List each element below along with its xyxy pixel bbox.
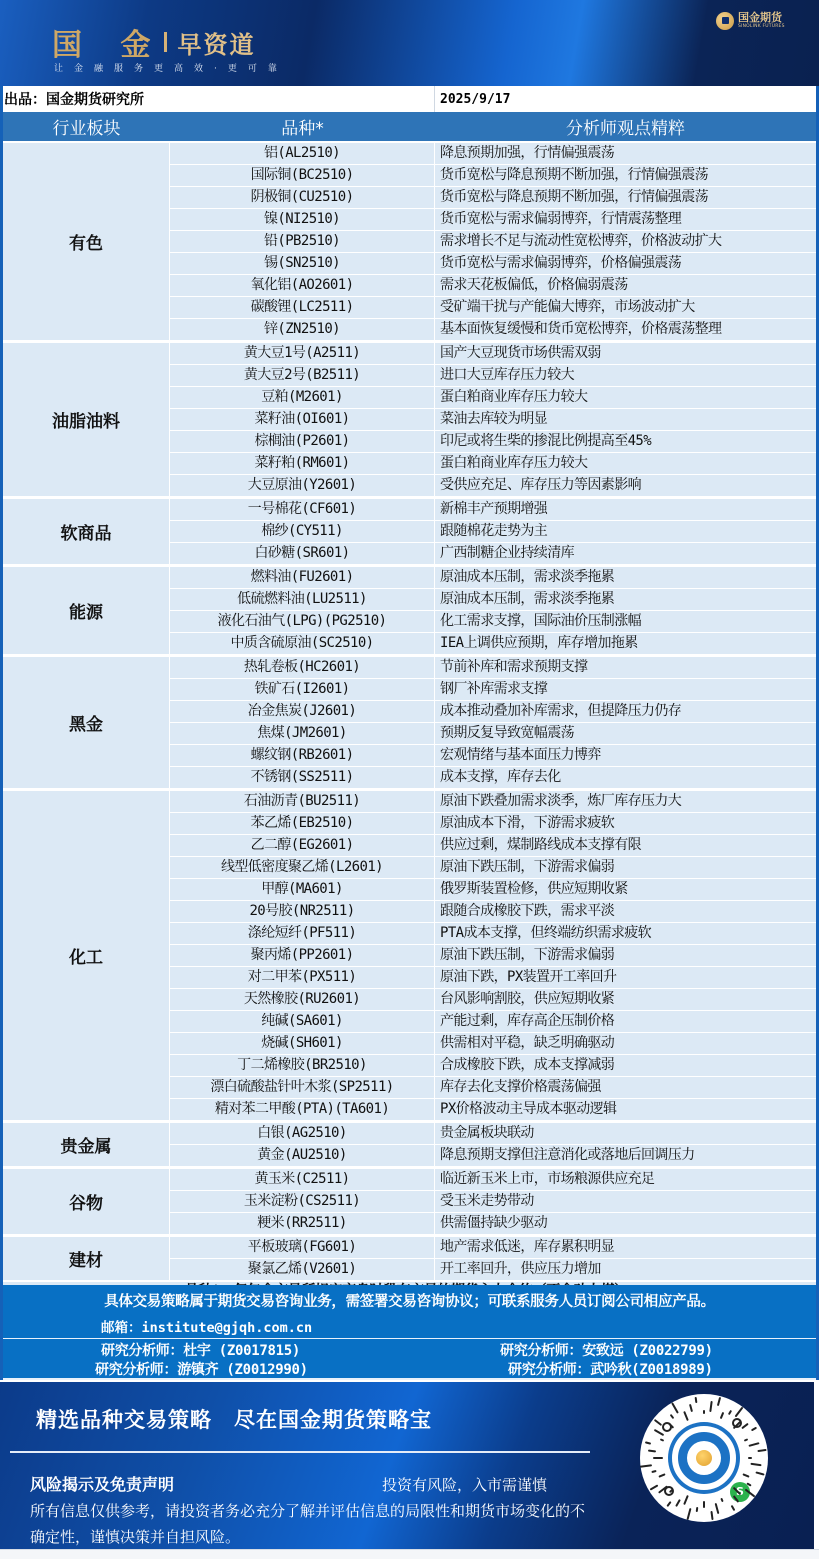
variety-cell: 甲醇(MA601) <box>170 879 435 900</box>
variety-cell: 中质含硫原油(SC2510) <box>170 633 435 654</box>
publisher: 出品：国金期货研究所 <box>3 86 435 112</box>
variety-cell: 黄金(AU2510) <box>170 1145 435 1166</box>
table-row: 线型低密度聚乙烯(L2601)原油下跌压制，下游需求偏弱 <box>170 856 816 878</box>
sector-group: 能源燃料油(FU2601)原油成本压制，需求淡季拖累低硫燃料油(LU2511)原… <box>3 564 816 654</box>
view-cell: 供应过剩，煤制路线成本支撑有限 <box>435 835 816 856</box>
variety-cell: 纯碱(SA601) <box>170 1011 435 1032</box>
view-cell: 货币宽松与降息预期不断加强，行情偏强震荡 <box>435 187 816 208</box>
variety-cell: 乙二醇(EG2601) <box>170 835 435 856</box>
analyst-2: 研究分析师：安致远 (Z0022799) <box>500 1340 713 1360</box>
brand-divider <box>164 32 167 52</box>
variety-cell: 氧化铝(AO2601) <box>170 275 435 296</box>
view-cell: 货币宽松与需求偏弱博弈，行情震荡整理 <box>435 209 816 230</box>
promo-headline: 精选品种交易策略 尽在国金期货策略宝 <box>36 1404 432 1434</box>
variety-cell: 20号胶(NR2511) <box>170 901 435 922</box>
table-row: 黄玉米(C2511)临近新玉米上市，市场粮源供应充足 <box>170 1169 816 1190</box>
view-cell: 成本推动叠加补库需求，但提降压力仍存 <box>435 701 816 722</box>
view-cell: 台风影响割胶，供应短期收紧 <box>435 989 816 1010</box>
table-row: 菜籽粕(RM601)蛋白粕商业库存压力较大 <box>170 452 816 474</box>
view-cell: 库存去化支撑价格震荡偏强 <box>435 1077 816 1098</box>
variety-cell: 一号棉花(CF601) <box>170 499 435 520</box>
variety-cell: 冶金焦炭(J2601) <box>170 701 435 722</box>
view-cell: 节前补库和需求预期支撑 <box>435 657 816 678</box>
view-cell: 受供应充足、库存压力等因素影响 <box>435 475 816 496</box>
variety-cell: 白银(AG2510) <box>170 1123 435 1144</box>
table-row: 锌(ZN2510)基本面恢复缓慢和货币宽松博弈，价格震荡整理 <box>170 318 816 340</box>
sector-group: 油脂油料黄大豆1号(A2511)国产大豆现货市场供需双弱黄大豆2号(B2511)… <box>3 340 816 496</box>
table-row: 国际铜(BC2510)货币宽松与降息预期不断加强，行情偏强震荡 <box>170 164 816 186</box>
variety-cell: 黄大豆2号(B2511) <box>170 365 435 386</box>
table-row: 20号胶(NR2511)跟随合成橡胶下跌，需求平淡 <box>170 900 816 922</box>
variety-cell: 棉纱(CY511) <box>170 521 435 542</box>
view-cell: 钢厂补库需求支撑 <box>435 679 816 700</box>
table-row: 棉纱(CY511)跟随棉花走势为主 <box>170 520 816 542</box>
view-cell: 货币宽松与需求偏弱博弈，价格偏强震荡 <box>435 253 816 274</box>
table-row: 一号棉花(CF601)新棉丰产预期增强 <box>170 499 816 520</box>
mini-program-qr-code[interactable]: S <box>640 1394 768 1522</box>
table-row: 氧化铝(AO2601)需求天花板偏低，价格偏弱震荡 <box>170 274 816 296</box>
view-cell: 地产需求低迷，库存累积明显 <box>435 1237 816 1258</box>
table-row: 棕榈油(P2601)印尼或将生柴的掺混比例提高至45% <box>170 430 816 452</box>
variety-cell: 锌(ZN2510) <box>170 319 435 340</box>
table-row: 黄大豆1号(A2511)国产大豆现货市场供需双弱 <box>170 343 816 364</box>
sector-cell: 贵金属 <box>3 1123 170 1166</box>
footer-bottom-divider <box>3 1378 816 1380</box>
table-row: 涤纶短纤(PF511)PTA成本支撑，但终端纺织需求疲软 <box>170 922 816 944</box>
table-row: 阴极铜(CU2510)货币宽松与降息预期不断加强，行情偏强震荡 <box>170 186 816 208</box>
table-row: 菜籽油(OI601)菜油去库较为明显 <box>170 408 816 430</box>
table-row: 石油沥青(BU2511)原油下跌叠加需求淡季，炼厂库存压力大 <box>170 791 816 812</box>
brand-title: 早资道 <box>177 25 255 60</box>
variety-cell: 国际铜(BC2510) <box>170 165 435 186</box>
brand-logo: 国 金 早资道 <box>52 20 255 64</box>
table-row: 白砂糖(SR601)广西制糖企业持续清库 <box>170 542 816 564</box>
view-cell: 供需相对平稳，缺乏明确驱动 <box>435 1033 816 1054</box>
variety-cell: 不锈钢(SS2511) <box>170 767 435 788</box>
table-row: 豆粕(M2601)蛋白粕商业库存压力较大 <box>170 386 816 408</box>
table-row: 铁矿石(I2601)钢厂补库需求支撑 <box>170 678 816 700</box>
variety-cell: 白砂糖(SR601) <box>170 543 435 564</box>
table-row: 黄大豆2号(B2511)进口大豆库存压力较大 <box>170 364 816 386</box>
column-header-variety: 品种* <box>170 114 435 139</box>
view-cell: 蛋白粕商业库存压力较大 <box>435 453 816 474</box>
view-cell: 需求增长不足与流动性宽松博弈，价格波动扩大 <box>435 231 816 252</box>
variety-cell: 镍(NI2510) <box>170 209 435 230</box>
table-row: 燃料油(FU2601)原油成本压制，需求淡季拖累 <box>170 567 816 588</box>
view-cell: 受矿端干扰与产能偏大博弈，市场波动扩大 <box>435 297 816 318</box>
view-cell: 受玉米走势带动 <box>435 1191 816 1212</box>
table-row: 乙二醇(EG2601)供应过剩，煤制路线成本支撑有限 <box>170 834 816 856</box>
sector-group: 谷物黄玉米(C2511)临近新玉米上市，市场粮源供应充足玉米淀粉(CS2511)… <box>3 1166 816 1234</box>
table-row: 漂白硫酸盐针叶木浆(SP2511)库存去化支撑价格震荡偏强 <box>170 1076 816 1098</box>
table-row: 液化石油气(LPG)(PG2510)化工需求支撑，国际油价压制涨幅 <box>170 610 816 632</box>
variety-cell: 苯乙烯(EB2510) <box>170 813 435 834</box>
sector-cell: 谷物 <box>3 1169 170 1234</box>
variety-cell: 烧碱(SH601) <box>170 1033 435 1054</box>
view-cell: 原油下跌压制，下游需求偏弱 <box>435 857 816 878</box>
table-row: 粳米(RR2511)供需僵持缺少驱动 <box>170 1212 816 1234</box>
table-row: 精对苯二甲酸(PTA)(TA601)PX价格波动主导成本驱动逻辑 <box>170 1098 816 1120</box>
view-cell: 印尼或将生柴的掺混比例提高至45% <box>435 431 816 452</box>
table-row: 纯碱(SA601)产能过剩，库存高企压制价格 <box>170 1010 816 1032</box>
table-row: 焦煤(JM2601)预期反复导致宽幅震荡 <box>170 722 816 744</box>
variety-cell: 焦煤(JM2601) <box>170 723 435 744</box>
variety-cell: 大豆原油(Y2601) <box>170 475 435 496</box>
sector-cell: 建材 <box>3 1237 170 1280</box>
view-cell: 原油下跌叠加需求淡季，炼厂库存压力大 <box>435 791 816 812</box>
view-cell: 原油成本压制，需求淡季拖累 <box>435 589 816 610</box>
slogan: 让金融服务更高效·更可靠 <box>54 61 288 74</box>
table-row: 低硫燃料油(LU2511)原油成本压制，需求淡季拖累 <box>170 588 816 610</box>
risk-text: 所有信息仅供参考，请投资者务必充分了解并评估信息的局限性和期货市场变化的不确定性… <box>30 1498 590 1549</box>
analyst-3: 研究分析师：游镇齐 (Z0012990) <box>95 1359 308 1379</box>
view-cell: 供需僵持缺少驱动 <box>435 1213 816 1234</box>
variety-cell: 聚丙烯(PP2601) <box>170 945 435 966</box>
variety-cell: 棕榈油(P2601) <box>170 431 435 452</box>
view-cell: 开工率回升，供应压力增加 <box>435 1259 816 1280</box>
view-cell: 俄罗斯装置检修，供应短期收紧 <box>435 879 816 900</box>
risk-tagline: 投资有风险，入市需谨慎 <box>382 1474 547 1495</box>
view-cell: 降息预期支撑但注意消化或落地后回调压力 <box>435 1145 816 1166</box>
view-cell: 跟随棉花走势为主 <box>435 521 816 542</box>
sector-group: 化工石油沥青(BU2511)原油下跌叠加需求淡季，炼厂库存压力大苯乙烯(EB25… <box>3 788 816 1120</box>
sector-cell: 黑金 <box>3 657 170 788</box>
sector-cell: 油脂油料 <box>3 343 170 496</box>
table-row: 天然橡胶(RU2601)台风影响割胶，供应短期收紧 <box>170 988 816 1010</box>
table-row: 甲醇(MA601)俄罗斯装置检修，供应短期收紧 <box>170 878 816 900</box>
view-cell: 降息预期加强，行情偏强震荡 <box>435 143 816 164</box>
view-cell: 国产大豆现货市场供需双弱 <box>435 343 816 364</box>
coin-logo-icon <box>716 12 734 30</box>
sector-cell: 软商品 <box>3 499 170 564</box>
promo-divider <box>10 1451 590 1453</box>
view-cell: 跟随合成橡胶下跌，需求平淡 <box>435 901 816 922</box>
strategy-table: 有色铝(AL2510)降息预期加强，行情偏强震荡国际铜(BC2510)货币宽松与… <box>0 141 819 1300</box>
variety-cell: 锡(SN2510) <box>170 253 435 274</box>
sector-cell: 化工 <box>3 791 170 1120</box>
view-cell: 基本面恢复缓慢和货币宽松博弈，价格震荡整理 <box>435 319 816 340</box>
table-row: 中质含硫原油(SC2510)IEA上调供应预期，库存增加拖累 <box>170 632 816 654</box>
sector-group: 建材平板玻璃(FG601)地产需求低迷，库存累积明显聚氯乙烯(V2601)开工率… <box>3 1234 816 1280</box>
table-row: 镍(NI2510)货币宽松与需求偏弱博弈，行情震荡整理 <box>170 208 816 230</box>
view-cell: 货币宽松与降息预期不断加强，行情偏强震荡 <box>435 165 816 186</box>
view-cell: PTA成本支撑，但终端纺织需求疲软 <box>435 923 816 944</box>
report-date: 2025/9/17 <box>435 92 510 107</box>
view-cell: 新棉丰产预期增强 <box>435 499 816 520</box>
view-cell: 需求天花板偏低，价格偏弱震荡 <box>435 275 816 296</box>
table-row: 烧碱(SH601)供需相对平稳，缺乏明确驱动 <box>170 1032 816 1054</box>
table-row: 对二甲苯(PX511)原油下跌，PX装置开工率回升 <box>170 966 816 988</box>
analyst-4: 研究分析师：武吟秋(Z0018989) <box>508 1359 713 1379</box>
corp-logo-cn: 国金期货 <box>738 12 785 24</box>
table-row: 丁二烯橡胶(BR2510)合成橡胶下跌，成本支撑减弱 <box>170 1054 816 1076</box>
bottom-strip <box>0 1549 819 1559</box>
view-cell: 贵金属板块联动 <box>435 1123 816 1144</box>
corp-logo: 国金期货 SINOLINK FUTURES <box>716 12 785 30</box>
variety-cell: 黄玉米(C2511) <box>170 1169 435 1190</box>
variety-cell: 铝(AL2510) <box>170 143 435 164</box>
variety-cell: 液化石油气(LPG)(PG2510) <box>170 611 435 632</box>
header-banner: 国 金 早资道 让金融服务更高效·更可靠 国金期货 SINOLINK FUTUR… <box>0 0 819 86</box>
sector-group: 贵金属白银(AG2510)贵金属板块联动黄金(AU2510)降息预期支撑但注意消… <box>3 1120 816 1166</box>
advisory-disclaimer: 具体交易策略属于期货交易咨询业务，需签署交易咨询协议；可联系服务人员订阅公司相应… <box>3 1290 816 1311</box>
info-row: 出品：国金期货研究所 2025/9/17 <box>0 86 819 112</box>
table-row: 碳酸锂(LC2511)受矿端干扰与产能偏大博弈，市场波动扩大 <box>170 296 816 318</box>
footer-divider <box>3 1338 816 1339</box>
brand-chars: 国 金 <box>52 20 164 64</box>
table-row: 黄金(AU2510)降息预期支撑但注意消化或落地后回调压力 <box>170 1144 816 1166</box>
sector-group: 软商品一号棉花(CF601)新棉丰产预期增强棉纱(CY511)跟随棉花走势为主白… <box>3 496 816 564</box>
sector-cell: 有色 <box>3 143 170 340</box>
table-row: 冶金焦炭(J2601)成本推动叠加补库需求，但提降压力仍存 <box>170 700 816 722</box>
view-cell: 预期反复导致宽幅震荡 <box>435 723 816 744</box>
corp-logo-en: SINOLINK FUTURES <box>738 24 785 30</box>
variety-cell: 精对苯二甲酸(PTA)(TA601) <box>170 1099 435 1120</box>
compass-logo-icon <box>696 1450 712 1466</box>
table-row: 铅(PB2510)需求增长不足与流动性宽松博弈，价格波动扩大 <box>170 230 816 252</box>
table-row: 玉米淀粉(CS2511)受玉米走势带动 <box>170 1190 816 1212</box>
view-cell: 成本支撑，库存去化 <box>435 767 816 788</box>
variety-cell: 黄大豆1号(A2511) <box>170 343 435 364</box>
table-row: 铝(AL2510)降息预期加强，行情偏强震荡 <box>170 143 816 164</box>
analyst-1: 研究分析师：杜宇 (Z0017815) <box>101 1340 300 1360</box>
variety-cell: 低硫燃料油(LU2511) <box>170 589 435 610</box>
view-cell: 产能过剩，库存高企压制价格 <box>435 1011 816 1032</box>
variety-cell: 菜籽油(OI601) <box>170 409 435 430</box>
variety-cell: 菜籽粕(RM601) <box>170 453 435 474</box>
variety-cell: 豆粕(M2601) <box>170 387 435 408</box>
view-cell: 广西制糖企业持续清库 <box>435 543 816 564</box>
view-cell: 原油成本下滑，下游需求疲软 <box>435 813 816 834</box>
sector-group: 有色铝(AL2510)降息预期加强，行情偏强震荡国际铜(BC2510)货币宽松与… <box>3 141 816 340</box>
table-row: 苯乙烯(EB2510)原油成本下滑，下游需求疲软 <box>170 812 816 834</box>
view-cell: 化工需求支撑，国际油价压制涨幅 <box>435 611 816 632</box>
variety-cell: 玉米淀粉(CS2511) <box>170 1191 435 1212</box>
view-cell: 原油下跌压制，下游需求偏弱 <box>435 945 816 966</box>
view-cell: PX价格波动主导成本驱动逻辑 <box>435 1099 816 1120</box>
table-row: 聚丙烯(PP2601)原油下跌压制，下游需求偏弱 <box>170 944 816 966</box>
variety-cell: 热轧卷板(HC2601) <box>170 657 435 678</box>
view-cell: 原油下跌，PX装置开工率回升 <box>435 967 816 988</box>
table-row: 不锈钢(SS2511)成本支撑，库存去化 <box>170 766 816 788</box>
variety-cell: 丁二烯橡胶(BR2510) <box>170 1055 435 1076</box>
column-header-view: 分析师观点精粹 <box>435 114 816 139</box>
table-row: 平板玻璃(FG601)地产需求低迷，库存累积明显 <box>170 1237 816 1258</box>
promo-banner: 精选品种交易策略 尽在国金期货策略宝 风险揭示及免责声明 投资有风险，入市需谨慎… <box>0 1382 814 1549</box>
variety-cell: 石油沥青(BU2511) <box>170 791 435 812</box>
variety-cell: 平板玻璃(FG601) <box>170 1237 435 1258</box>
table-row: 热轧卷板(HC2601)节前补库和需求预期支撑 <box>170 657 816 678</box>
variety-cell: 聚氯乙烯(V2601) <box>170 1259 435 1280</box>
view-cell: 原油成本压制，需求淡季拖累 <box>435 567 816 588</box>
table-header: 行业板块 品种* 分析师观点精粹 <box>0 112 819 141</box>
risk-title: 风险揭示及免责声明 <box>30 1472 174 1495</box>
table-row: 白银(AG2510)贵金属板块联动 <box>170 1123 816 1144</box>
variety-cell: 涤纶短纤(PF511) <box>170 923 435 944</box>
variety-cell: 铁矿石(I2601) <box>170 679 435 700</box>
variety-cell: 粳米(RR2511) <box>170 1213 435 1234</box>
variety-cell: 天然橡胶(RU2601) <box>170 989 435 1010</box>
footer-info: 具体交易策略属于期货交易咨询业务，需签署交易咨询协议；可联系服务人员订阅公司相应… <box>0 1285 819 1380</box>
table-row: 聚氯乙烯(V2601)开工率回升，供应压力增加 <box>170 1258 816 1280</box>
variety-cell: 线型低密度聚乙烯(L2601) <box>170 857 435 878</box>
view-cell: 宏观情绪与基本面压力博弈 <box>435 745 816 766</box>
column-header-sector: 行业板块 <box>3 114 170 139</box>
view-cell: 进口大豆库存压力较大 <box>435 365 816 386</box>
view-cell: 菜油去库较为明显 <box>435 409 816 430</box>
contact-email[interactable]: 邮箱：institute@gjqh.com.cn <box>101 1316 312 1336</box>
variety-cell: 燃料油(FU2601) <box>170 567 435 588</box>
variety-cell: 铅(PB2510) <box>170 231 435 252</box>
variety-cell: 阴极铜(CU2510) <box>170 187 435 208</box>
table-row: 螺纹钢(RB2601)宏观情绪与基本面压力博弈 <box>170 744 816 766</box>
view-cell: 临近新玉米上市，市场粮源供应充足 <box>435 1169 816 1190</box>
variety-cell: 碳酸锂(LC2511) <box>170 297 435 318</box>
table-row: 锡(SN2510)货币宽松与需求偏弱博弈，价格偏强震荡 <box>170 252 816 274</box>
variety-cell: 螺纹钢(RB2601) <box>170 745 435 766</box>
variety-cell: 对二甲苯(PX511) <box>170 967 435 988</box>
view-cell: 合成橡胶下跌，成本支撑减弱 <box>435 1055 816 1076</box>
sector-cell: 能源 <box>3 567 170 654</box>
view-cell: 蛋白粕商业库存压力较大 <box>435 387 816 408</box>
sector-group: 黑金热轧卷板(HC2601)节前补库和需求预期支撑铁矿石(I2601)钢厂补库需… <box>3 654 816 788</box>
view-cell: IEA上调供应预期，库存增加拖累 <box>435 633 816 654</box>
table-row: 大豆原油(Y2601)受供应充足、库存压力等因素影响 <box>170 474 816 496</box>
variety-cell: 漂白硫酸盐针叶木浆(SP2511) <box>170 1077 435 1098</box>
